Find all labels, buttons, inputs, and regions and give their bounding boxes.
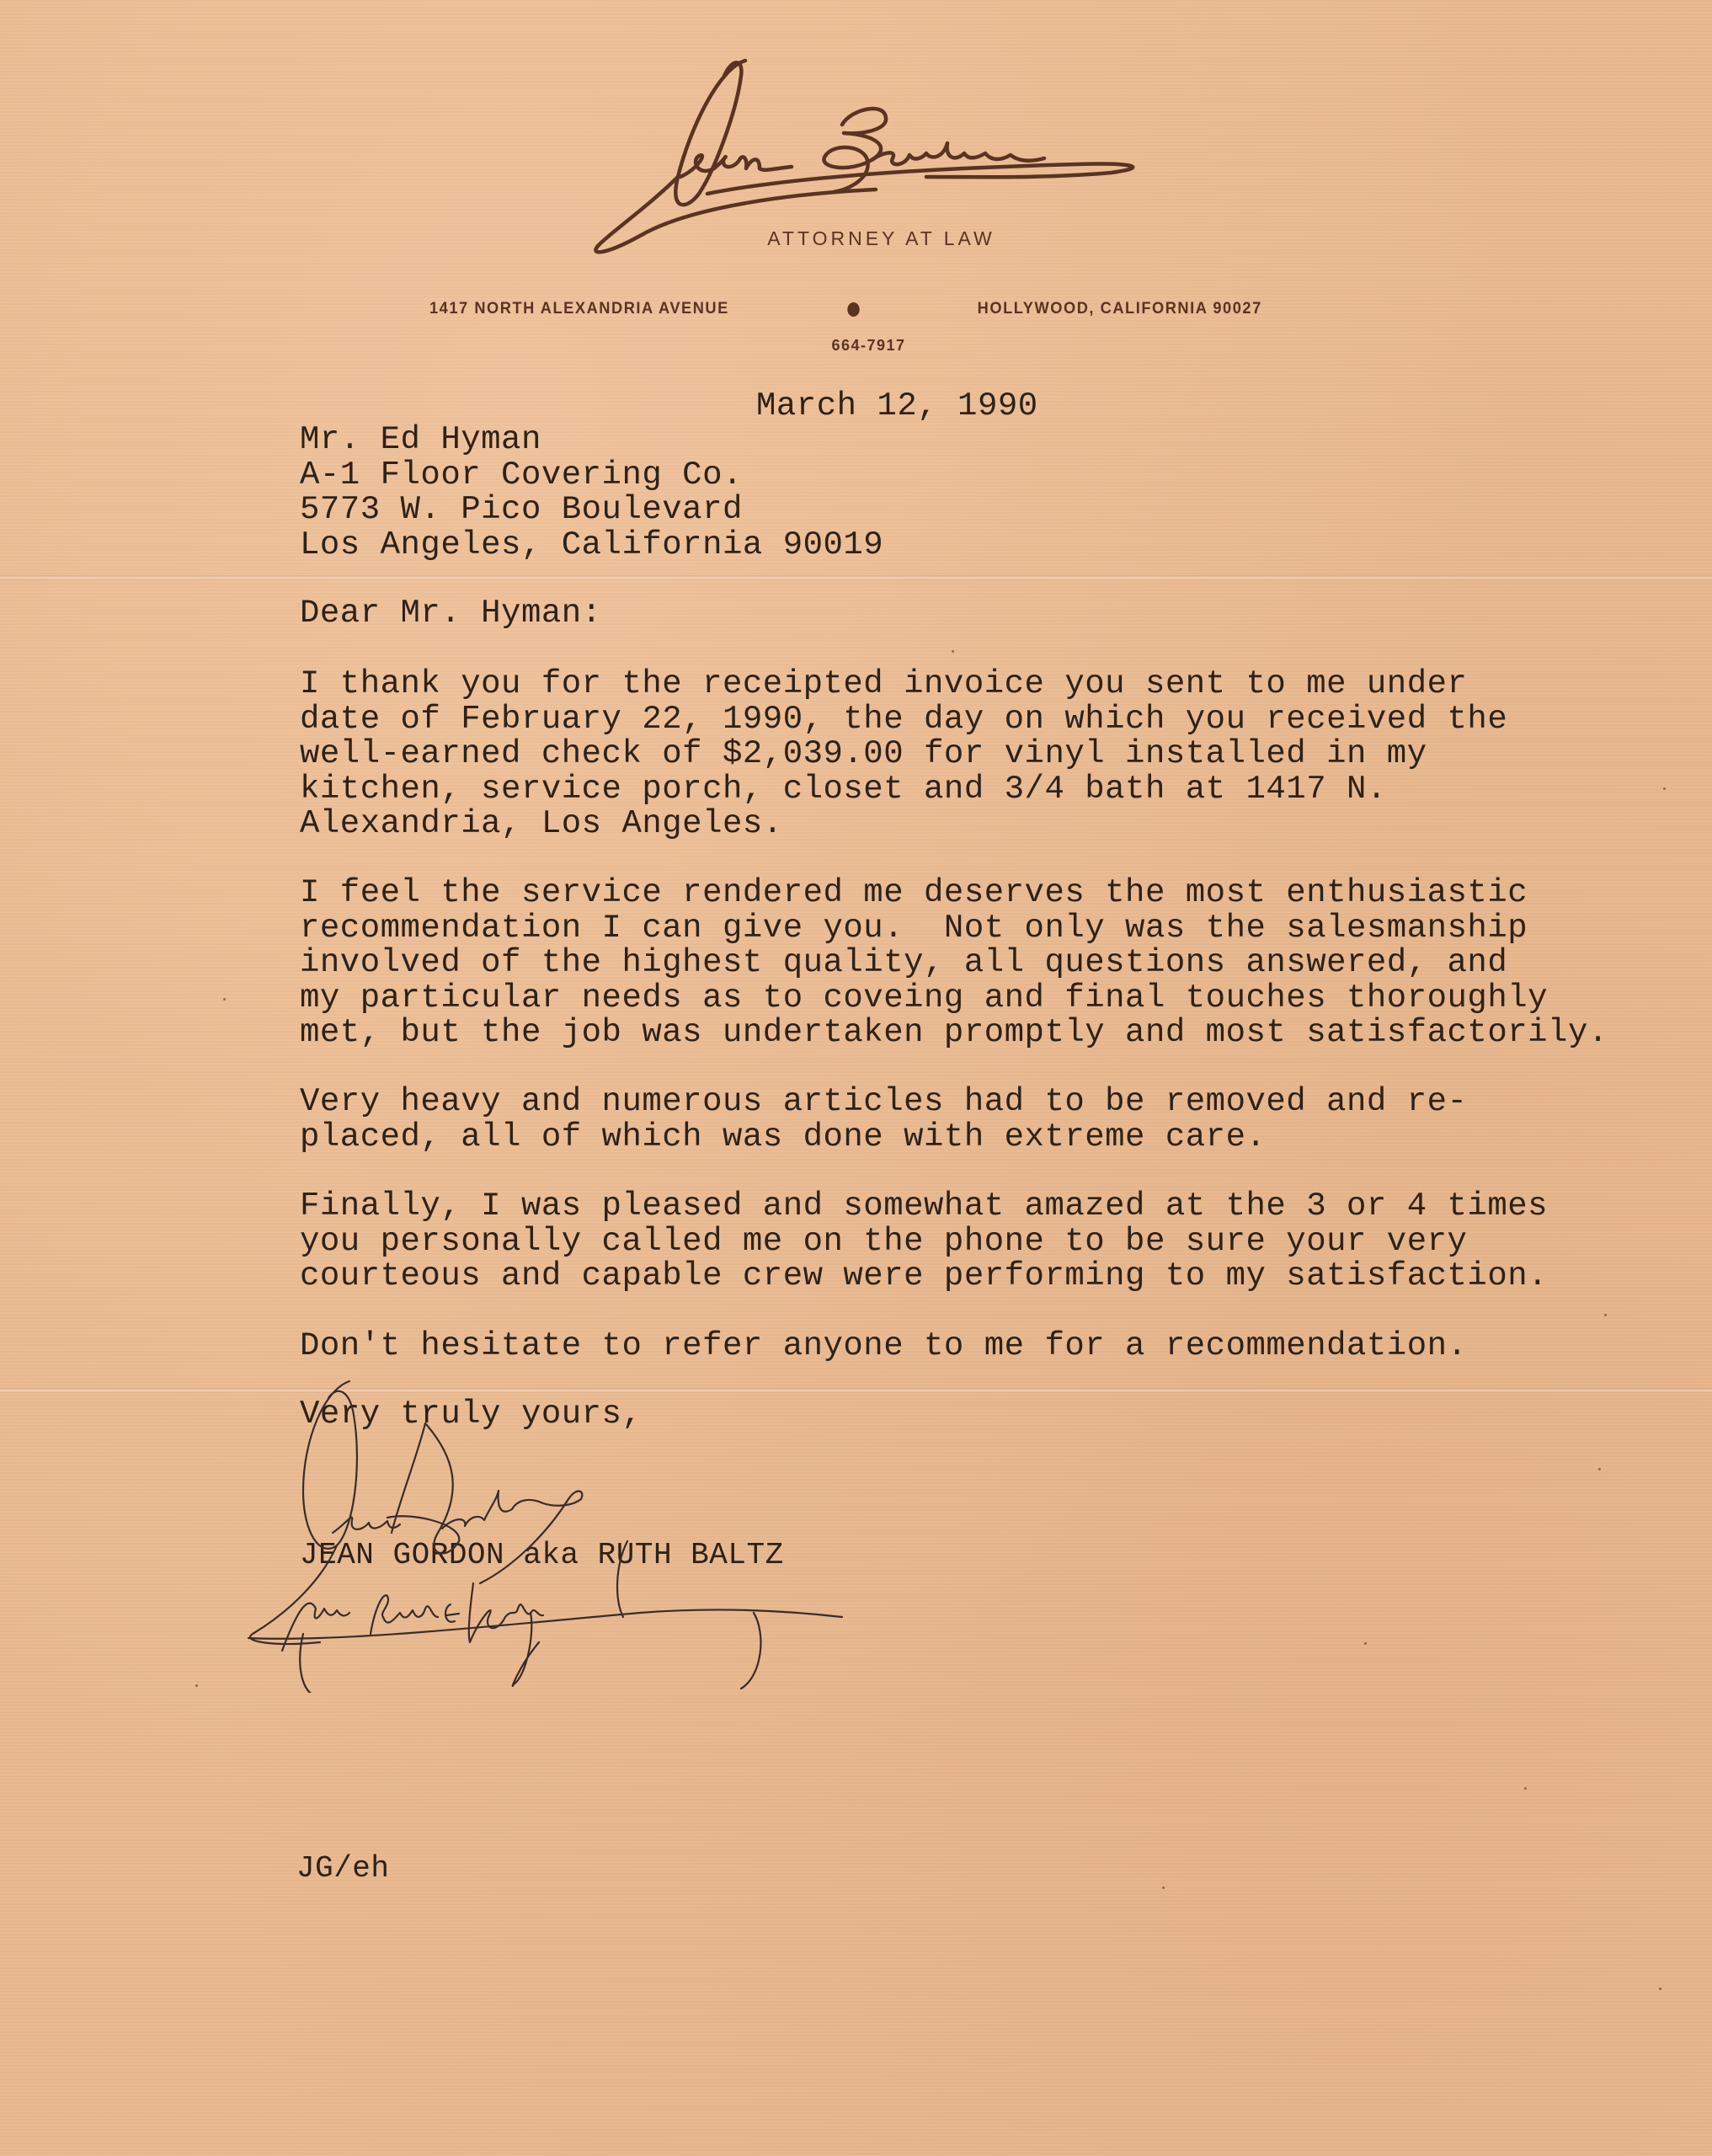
paper-speck — [1663, 787, 1666, 790]
recipient-line: Mr. Ed Hyman — [300, 423, 883, 458]
typed-signature-name: JEAN GORDON aka RUTH BALTZ — [300, 1538, 784, 1573]
letterhead-address: 1417 NORTH ALEXANDRIA AVENUE HOLLYWOOD, … — [429, 300, 1262, 318]
paper-speck — [1364, 1642, 1367, 1645]
paper-speck — [1162, 1886, 1165, 1889]
recipient-line: A-1 Floor Covering Co. — [300, 458, 883, 494]
body-paragraph: Very heavy and numerous articles had to … — [300, 1085, 1467, 1155]
paper-speck — [1598, 1468, 1601, 1470]
paper-speck — [195, 1684, 198, 1687]
paper-speck — [1659, 1988, 1661, 1990]
letterhead-phone: 664-7917 — [0, 337, 1712, 355]
recipient-line: Los Angeles, California 90019 — [300, 528, 883, 563]
salutation: Dear Mr. Hyman: — [300, 596, 602, 632]
paper-speck — [1524, 1787, 1527, 1790]
complimentary-closing: Very truly yours, — [300, 1397, 642, 1433]
body-paragraph: I feel the service rendered me deserves … — [300, 876, 1608, 1051]
body-paragraph: Don't hesitate to refer anyone to me for… — [300, 1329, 1467, 1364]
letter-date: March 12, 1990 — [756, 389, 1038, 424]
letterhead-street: 1417 NORTH ALEXANDRIA AVENUE — [429, 300, 729, 318]
bullet-dot-icon — [847, 302, 859, 317]
paper-fold-line — [0, 1388, 1712, 1393]
paper-fold-line — [0, 575, 1712, 580]
letterhead-city: HOLLYWOOD, CALIFORNIA 90027 — [978, 300, 1262, 318]
paper-speck — [1604, 1314, 1607, 1316]
letter-paper — [0, 0, 1712, 2156]
recipient-address-block: Mr. Ed HymanA-1 Floor Covering Co.5773 W… — [300, 423, 883, 563]
recipient-line: 5773 W. Pico Boulevard — [300, 493, 883, 528]
letterhead-title: ATTORNEY AT LAW — [0, 227, 1712, 250]
reference-initials: JG/eh — [296, 1851, 390, 1886]
body-paragraph: I thank you for the receipted invoice yo… — [300, 667, 1507, 842]
paper-speck — [952, 650, 954, 653]
paper-speck — [223, 998, 226, 1001]
body-paragraph: Finally, I was pleased and somewhat amaz… — [300, 1189, 1548, 1294]
